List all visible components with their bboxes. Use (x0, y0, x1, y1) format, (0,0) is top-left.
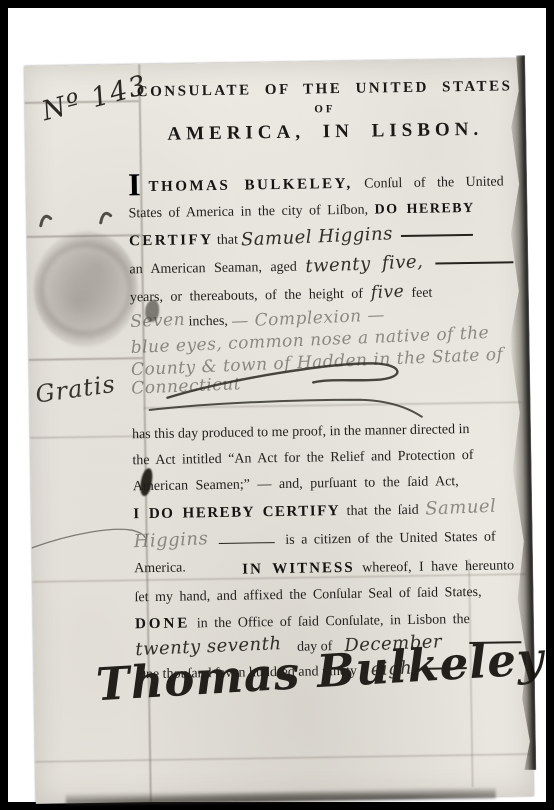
margin-rule-lower (30, 435, 144, 438)
inches-label: inches, (188, 314, 227, 330)
seaman-name-script: Samuel Higgins (241, 221, 394, 253)
ink-rule (401, 234, 473, 237)
act-quote-start: “An Act for the Relief and Protection of (228, 448, 474, 467)
seaman-aged-text: an American Seaman, aged (129, 260, 297, 278)
whereof-text: whereof, I have hereunto (362, 558, 514, 575)
feet-label: feet (411, 286, 432, 301)
pen-hook-right (101, 213, 111, 222)
ink-rule (436, 261, 514, 264)
act-intitled-text: the Act intitled (132, 452, 221, 468)
certification-paragraph: ITHOMAS BULKELEY, Conſul of the United S… (128, 168, 529, 399)
consular-seal-impression (33, 230, 139, 348)
act-quote-end: American Seamen;” (133, 477, 250, 494)
certify-that: that (217, 233, 238, 248)
citizen-text: is a citizen of the United States of (285, 530, 496, 548)
pursuant-text: — and, purſuant to the ſaid Act, (257, 474, 459, 492)
in-witness-label: IN WITNESS (242, 560, 355, 578)
ink-rule (219, 542, 275, 544)
certify-label: CERTIFY (129, 232, 214, 249)
certificate-paper: Nº 143 Gratis CONSULATE OF THE UNITED ST… (24, 58, 534, 804)
citizen-last-name-script: Higgins (133, 526, 209, 555)
height-text: years, or thereabouts, of the height of (130, 287, 363, 306)
pen-hook-left (41, 216, 51, 225)
citizen-first-name-script: Samuel (425, 494, 497, 523)
done-label: DONE (135, 615, 191, 632)
scanned-document-photo: Nº 143 Gratis CONSULATE OF THE UNITED ST… (0, 0, 554, 810)
that-the-said-text: that the ſaid (347, 503, 419, 519)
horizontal-crease-3 (35, 753, 529, 762)
seal-box-rule-bottom (29, 357, 143, 360)
proof-line-1-text: has this day produced to me proof, in th… (132, 422, 470, 442)
seal-affixed-text: ſet my hand, and affixed the Conſular Se… (134, 585, 481, 605)
height-inches-script: Seven (130, 310, 186, 332)
office-text: in the Office of ſaid Conſulate, in Lisb… (197, 612, 470, 631)
margin-crease-stroke (32, 529, 145, 548)
letterhead-line-3: AMERICA, IN LISBON. (129, 118, 521, 146)
certify-line-2-text: States of America in the city of Liſbon, (128, 203, 368, 222)
state-script: Connecticut (131, 374, 242, 399)
height-feet-script: five (370, 279, 404, 306)
letterhead: CONSULATE OF THE UNITED STATES OF AMERIC… (129, 78, 522, 146)
bottom-edge-smudge (66, 785, 496, 806)
gratis-note: Gratis (34, 370, 118, 409)
consul-name: THOMAS BULKELEY, (148, 176, 352, 195)
hereby-certify-label: I DO HEREBY CERTIFY (133, 503, 340, 522)
do-hereby-label: DO HEREBY (374, 201, 474, 218)
letterhead-line-2: OF (129, 100, 521, 118)
letterhead-line-1: CONSULATE OF THE UNITED STATES (129, 78, 521, 101)
age-script: twenty five, (305, 249, 424, 280)
photo-matte: Nº 143 Gratis CONSULATE OF THE UNITED ST… (8, 8, 546, 802)
horizontal-crease-1 (144, 401, 522, 408)
certify-line-9: Connecticut (131, 371, 529, 399)
certify-line-1-text: Conſul of the United (364, 174, 504, 191)
dropcap-I: I (128, 166, 141, 202)
